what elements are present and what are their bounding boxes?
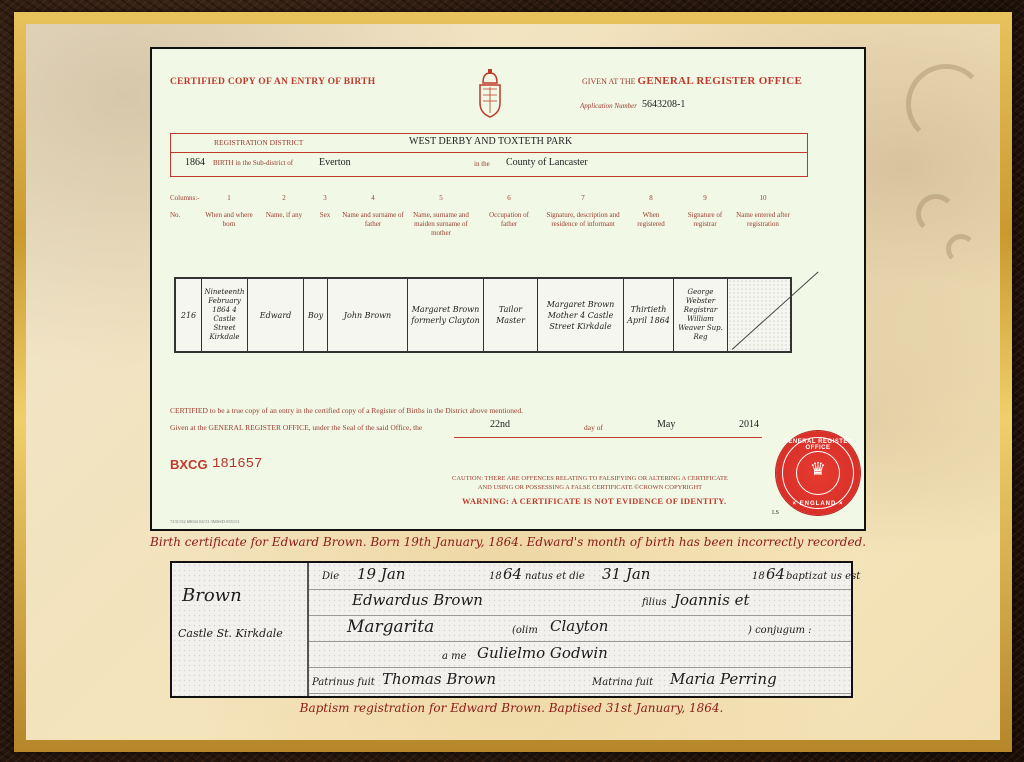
- birth-date: 19 Jan: [357, 565, 405, 583]
- die-label: Die: [322, 571, 339, 582]
- serial-prefix: BXCG: [170, 457, 208, 472]
- registration-district-label: REGISTRATION DISTRICT: [214, 138, 303, 147]
- column-number: 2: [258, 194, 310, 203]
- patrinus-label: Patrinus fuit: [312, 677, 375, 688]
- registration-district: WEST DERBY AND TOXTETH PARK: [409, 136, 572, 147]
- column-number: 1: [204, 194, 254, 203]
- ruled-line: [309, 641, 851, 642]
- filius-label: filius: [642, 597, 667, 608]
- given-under-seal-statement: Given at the GENERAL REGISTER OFFICE, un…: [170, 423, 422, 432]
- baptism-register: Brown Castle St. Kirkdale Die 19 Jan 18 …: [170, 561, 853, 698]
- entry-occupation: Tailor Master: [484, 279, 538, 351]
- no-label: No.: [170, 211, 180, 220]
- olim-label: (olim: [512, 625, 538, 636]
- column-number: 4: [340, 194, 406, 203]
- baptism-year-prefix: 18: [752, 571, 765, 582]
- baptism-address: Castle St. Kirkdale: [178, 627, 283, 640]
- column-header: Occupation of father: [484, 211, 534, 229]
- column-number: 6: [484, 194, 534, 203]
- signature-line: [454, 437, 762, 438]
- application-number: 5643208-1: [642, 99, 685, 110]
- entry-registrar: George Webster Registrar William Weaver …: [674, 279, 728, 351]
- birth-certificate: CERTIFIED COPY OF AN ENTRY OF BIRTH GIVE…: [150, 47, 866, 531]
- ruled-line: [309, 667, 851, 668]
- a-me-label: a me: [442, 651, 467, 662]
- baptism-date: 31 Jan: [602, 565, 650, 583]
- column-number: 10: [730, 194, 796, 203]
- entry-sex: Boy: [304, 279, 328, 351]
- registration-year: 1864: [185, 157, 205, 168]
- issue-day: 22nd: [490, 419, 510, 430]
- warning-notice: WARNING: A CERTIFICATE IS NOT EVIDENCE O…: [462, 496, 726, 506]
- column-header: When registered: [628, 211, 674, 229]
- baptizat-label: baptizat us est: [786, 571, 860, 582]
- caution-notice: CAUTION: THERE ARE OFFENCES RELATING TO …: [452, 474, 728, 492]
- entry-name-after-registration: [728, 279, 790, 351]
- column-header: Name and surname of father: [340, 211, 406, 229]
- godfather-name: Thomas Brown: [382, 670, 496, 688]
- mother-name: Margarita: [347, 617, 434, 637]
- given-at-header: GIVEN AT THE GENERAL REGISTER OFFICE: [582, 75, 802, 87]
- column-header: Name, surname and maiden surname of moth…: [408, 211, 474, 238]
- district-box: REGISTRATION DISTRICT WEST DERBY AND TOX…: [170, 133, 808, 177]
- birth-year-prefix: 18: [489, 571, 502, 582]
- swirl-decoration: [906, 64, 986, 144]
- seal-text-top: GENERAL REGISTER OFFICE: [776, 439, 860, 451]
- register-entry-row: 216 Nineteenth February 1864 4 Castle St…: [174, 277, 792, 353]
- maiden-name: Clayton: [550, 617, 608, 635]
- column-number: 9: [680, 194, 730, 203]
- father-name: Joannis et: [674, 591, 749, 609]
- column-number: 3: [314, 194, 336, 203]
- column-header: Signature, description and residence of …: [538, 211, 628, 229]
- certified-statement: CERTIFIED to be a true copy of an entry …: [170, 406, 523, 415]
- ruled-line: [309, 693, 851, 694]
- column-header: Name, if any: [258, 211, 310, 220]
- column-header: Sex: [314, 211, 336, 220]
- birth-year: 64: [503, 565, 522, 583]
- county: County of Lancaster: [506, 157, 588, 168]
- natus-label: natus et die: [525, 571, 585, 582]
- columns-label: Columns:-: [170, 194, 200, 203]
- seal-text-bottom: × ENGLAND ×: [776, 501, 860, 507]
- serial-number: 181657: [212, 456, 262, 472]
- application-number-label: Application Number: [580, 102, 637, 110]
- day-of-label: day of: [584, 423, 603, 432]
- baptism-caption: Baptism registration for Edward Brown. B…: [170, 701, 853, 715]
- conjugum-label: ) conjugum :: [748, 625, 812, 636]
- ruled-line: [309, 615, 851, 616]
- column-number: 5: [408, 194, 474, 203]
- subdistrict-label: BIRTH in the Sub-district of: [213, 159, 293, 167]
- coat-of-arms-icon: ♛: [776, 459, 860, 479]
- entry-mother: Margaret Brown formerly Clayton: [408, 279, 484, 351]
- ls-mark: LS: [772, 510, 779, 516]
- priest-name: Gulielmo Godwin: [477, 644, 608, 662]
- swirl-decoration: [946, 234, 976, 264]
- subdistrict: Everton: [319, 157, 351, 168]
- issue-year: 2014: [739, 419, 759, 430]
- swirl-decoration: [916, 194, 956, 234]
- entry-when-where-born: Nineteenth February 1864 4 Castle Street…: [202, 279, 248, 351]
- column-separator: [307, 563, 309, 696]
- godmother-name: Maria Perring: [670, 670, 777, 688]
- child-name: Edwardus Brown: [352, 591, 483, 609]
- birth-certificate-caption: Birth certificate for Edward Brown. Born…: [150, 535, 866, 549]
- royal-crest-icon: [475, 69, 505, 121]
- baptism-year: 64: [766, 565, 785, 583]
- entry-father: John Brown: [328, 279, 408, 351]
- caution-line: AND USING OR POSSESSING A FALSE CERTIFIC…: [452, 483, 728, 492]
- entry-name: Edward: [248, 279, 304, 351]
- column-header: Name entered after registration: [730, 211, 796, 229]
- in-the-label: in the: [474, 160, 490, 168]
- certificate-title: CERTIFIED COPY OF AN ENTRY OF BIRTH: [170, 77, 376, 87]
- issue-month: May: [657, 419, 675, 430]
- entry-number: 216: [176, 279, 202, 351]
- entry-when-registered: Thirtieth April 1864: [624, 279, 674, 351]
- ruled-line: [309, 589, 851, 590]
- print-code: 7231132 68044 04/13 3MSSD 035113: [170, 519, 239, 524]
- column-header: When and where born: [204, 211, 254, 229]
- baptism-surname: Brown: [182, 585, 242, 606]
- general-register-office-seal: GENERAL REGISTER OFFICE ♛ × ENGLAND ×: [776, 431, 860, 515]
- column-header: Signature of registrar: [680, 211, 730, 229]
- matrina-label: Matrina fuit: [592, 677, 653, 688]
- caution-line: CAUTION: THERE ARE OFFENCES RELATING TO …: [452, 474, 728, 483]
- entry-informant: Margaret Brown Mother 4 Castle Street Ki…: [538, 279, 624, 351]
- column-number: 7: [538, 194, 628, 203]
- column-number: 8: [628, 194, 674, 203]
- divider: [171, 152, 807, 153]
